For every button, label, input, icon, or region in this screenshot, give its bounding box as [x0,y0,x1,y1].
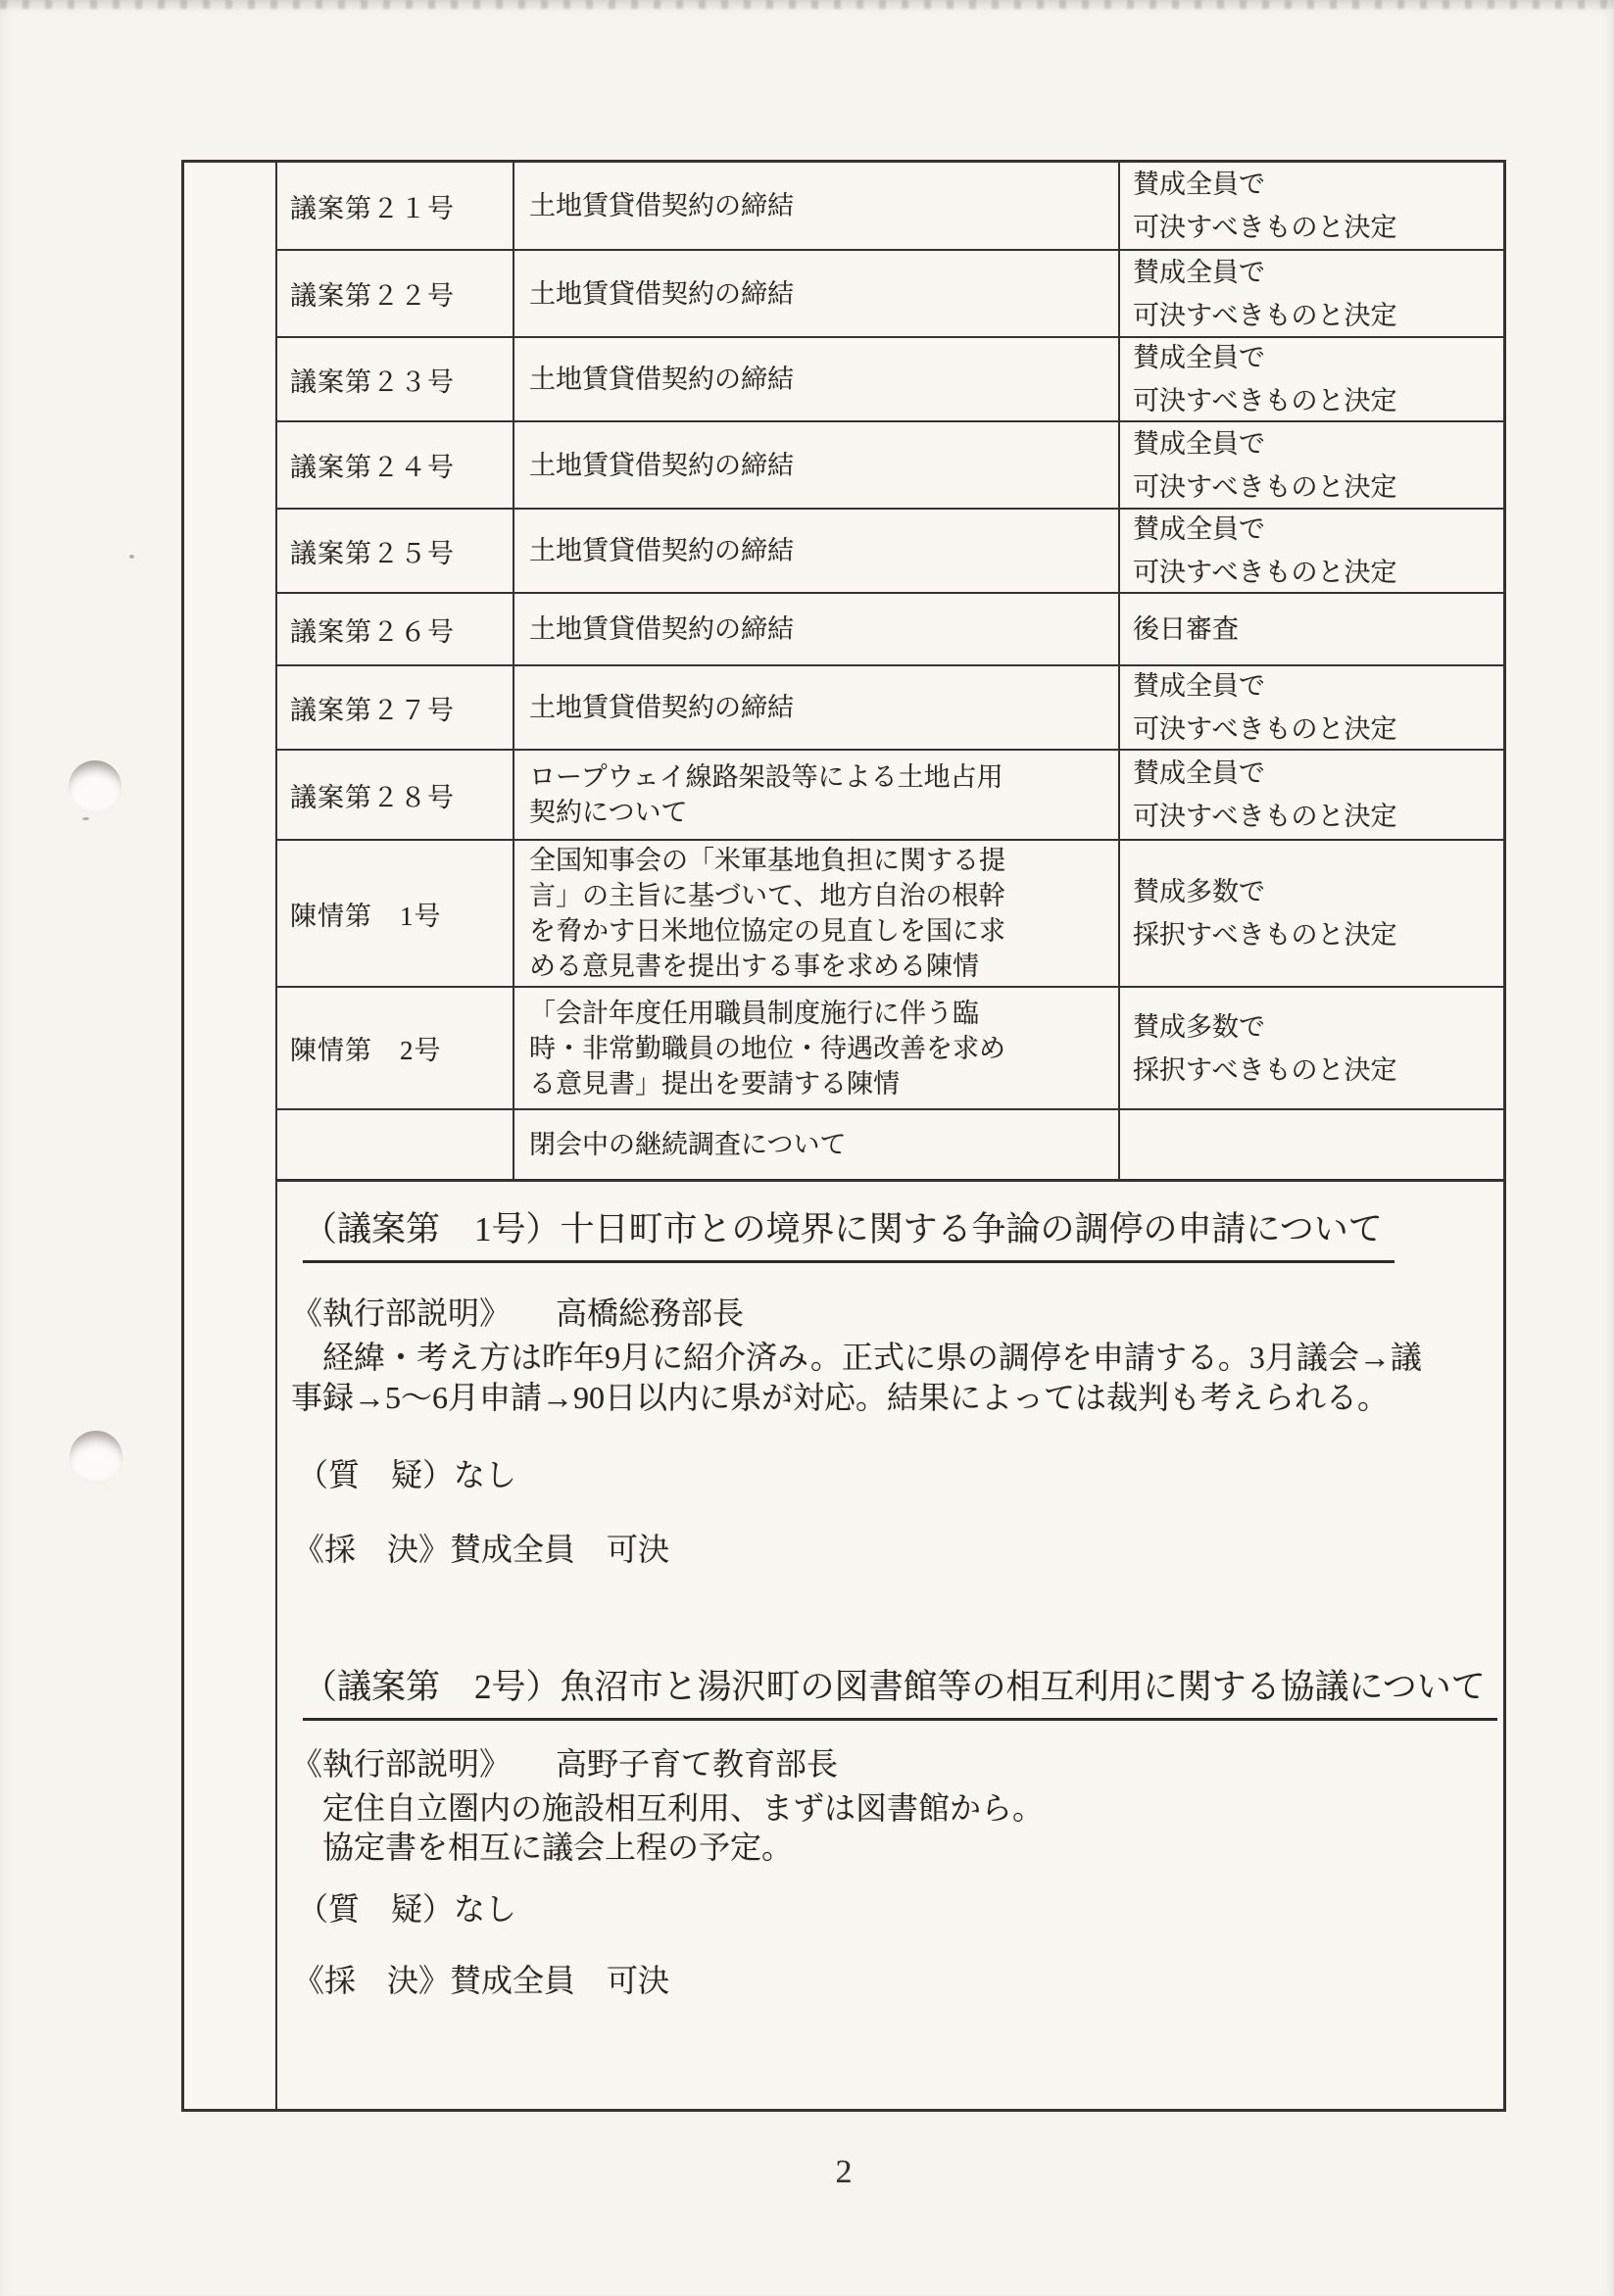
document-frame: 議案第２１号 土地賃貸借契約の締結 賛成全員で可決すべきものと決定 議案第２２号… [181,160,1506,2112]
case-number-cell: 議案第２２号 [277,251,514,336]
case-result-cell: 賛成全員で可決すべきものと決定 [1120,751,1503,839]
case-number-cell [277,1110,514,1179]
case-result-cell [1120,1110,1503,1179]
case-result-cell: 賛成多数で採択すべきものと決定 [1120,841,1503,986]
scan-speck [129,555,134,559]
table-row: 閉会中の継続調査について [277,1110,1503,1179]
punch-hole [69,760,122,813]
table-row: 議案第２４号 土地賃貸借契約の締結 賛成全員で可決すべきものと決定 [277,422,1503,510]
case-result-cell: 賛成全員で可決すべきものと決定 [1120,510,1503,592]
case-number-cell: 議案第２６号 [277,594,514,664]
agenda-1-heading: （議案第 1号）十日町市との境界に関する争論の調停の申請について [303,1208,1394,1263]
agenda-1-vote-line: 《採 決》賛成全員 可決 [293,1527,669,1572]
agenda-2-questions-line: （質 疑）なし [297,1886,516,1931]
case-number-cell: 陳情第 2号 [277,988,514,1108]
case-title-cell: 土地賃貸借契約の締結 [514,594,1120,664]
table-row: 議案第２８号 ロープウェイ線路架設等による土地占用契約について 賛成全員で可決す… [277,751,1503,841]
case-result-cell: 賛成全員で可決すべきものと決定 [1120,422,1503,508]
case-title-cell: 土地賃貸借契約の締結 [514,251,1120,336]
case-title-cell: 全国知事会の「米軍基地負担に関する提言」の主旨に基づいて、地方自治の根幹を脅かす… [514,841,1120,986]
case-number-cell: 議案第２１号 [277,163,514,249]
agenda-2-heading: （議案第 2号）魚沼市と湯沢町の図書館等の相互利用に関する協議について [303,1666,1497,1721]
scan-edge-artifact [0,0,1614,9]
case-number-cell: 議案第２５号 [277,510,514,592]
case-number-cell: 議案第２８号 [277,751,514,839]
table-row: 陳情第 2号 「会計年度任用職員制度施行に伴う臨時・非常勤職員の地位・待遇改善を… [277,988,1503,1110]
document-content: 議案第２１号 土地賃貸借契約の締結 賛成全員で可決すべきものと決定 議案第２２号… [277,163,1503,2109]
case-title-cell: 土地賃貸借契約の締結 [514,163,1120,249]
scanned-document-page: 議案第２１号 土地賃貸借契約の締結 賛成全員で可決すべきものと決定 議案第２２号… [0,0,1614,2296]
case-number-cell: 議案第２４号 [277,422,514,508]
agenda-1-body-line: 経緯・考え方は昨年9月に紹介済み。正式に県の調停を申請する。3月議会→議 [291,1335,1422,1380]
committee-spanner-column [184,163,277,2109]
explain-label: 《執行部説明》 [291,1295,511,1331]
discussion-section: （議案第 1号）十日町市との境界に関する争論の調停の申請について 《執行部説明》… [277,1182,1503,2109]
case-number-cell: 陳情第 1号 [277,841,514,986]
agenda-1-body-line: 事録→5～6月申請→90日以内に県が対応。結果によっては裁判も考えられる。 [291,1375,1389,1420]
page-number: 2 [181,2154,1506,2191]
case-title-cell: 土地賃貸借契約の締結 [514,338,1120,420]
agenda-1-explainer-line: 《執行部説明》高橋総務部長 [291,1291,744,1336]
case-result-cell: 賛成全員で可決すべきものと決定 [1120,163,1503,249]
table-row: 陳情第 1号 全国知事会の「米軍基地負担に関する提言」の主旨に基づいて、地方自治… [277,841,1503,988]
table-row: 議案第２５号 土地賃貸借契約の締結 賛成全員で可決すべきものと決定 [277,510,1503,594]
case-number-cell: 議案第２７号 [277,666,514,749]
table-row: 議案第２６号 土地賃貸借契約の締結 後日審査 [277,594,1503,666]
table-row: 議案第２１号 土地賃貸借契約の締結 賛成全員で可決すべきものと決定 [277,163,1503,251]
agenda-2-vote-line: 《採 決》賛成全員 可決 [293,1958,669,2003]
case-title-cell: 「会計年度任用職員制度施行に伴う臨時・非常勤職員の地位・待遇改善を求める意見書」… [514,988,1120,1108]
case-title-cell: 閉会中の継続調査について [514,1110,1120,1179]
case-title-cell: 土地賃貸借契約の締結 [514,666,1120,749]
case-result-cell: 後日審査 [1120,594,1503,664]
scan-speck [82,817,89,820]
case-result-cell: 賛成全員で可決すべきものと決定 [1120,338,1503,420]
table-row: 議案第２２号 土地賃貸借契約の締結 賛成全員で可決すべきものと決定 [277,251,1503,338]
results-table: 議案第２１号 土地賃貸借契約の締結 賛成全員で可決すべきものと決定 議案第２２号… [277,163,1503,1182]
case-result-cell: 賛成全員で可決すべきものと決定 [1120,251,1503,336]
case-result-cell: 賛成多数で採択すべきものと決定 [1120,988,1503,1108]
table-row: 議案第２７号 土地賃貸借契約の締結 賛成全員で可決すべきものと決定 [277,666,1503,751]
case-result-cell: 賛成全員で可決すべきものと決定 [1120,666,1503,749]
table-row: 議案第２３号 土地賃貸借契約の締結 賛成全員で可決すべきものと決定 [277,338,1503,422]
case-number-cell: 議案第２３号 [277,338,514,420]
explainer-name: 高野子育て教育部長 [556,1746,838,1782]
agenda-2-explainer-line: 《執行部説明》高野子育て教育部長 [291,1741,838,1786]
explainer-name: 高橋総務部長 [556,1295,744,1331]
punch-hole [70,1431,122,1484]
agenda-1-questions-line: （質 疑）なし [297,1452,516,1497]
explain-label: 《執行部説明》 [291,1746,511,1782]
agenda-2-body-line: 協定書を相互に議会上程の予定。 [291,1825,793,1870]
case-title-cell: 土地賃貸借契約の締結 [514,510,1120,592]
case-title-cell: 土地賃貸借契約の締結 [514,422,1120,508]
case-title-cell: ロープウェイ線路架設等による土地占用契約について [514,751,1120,839]
